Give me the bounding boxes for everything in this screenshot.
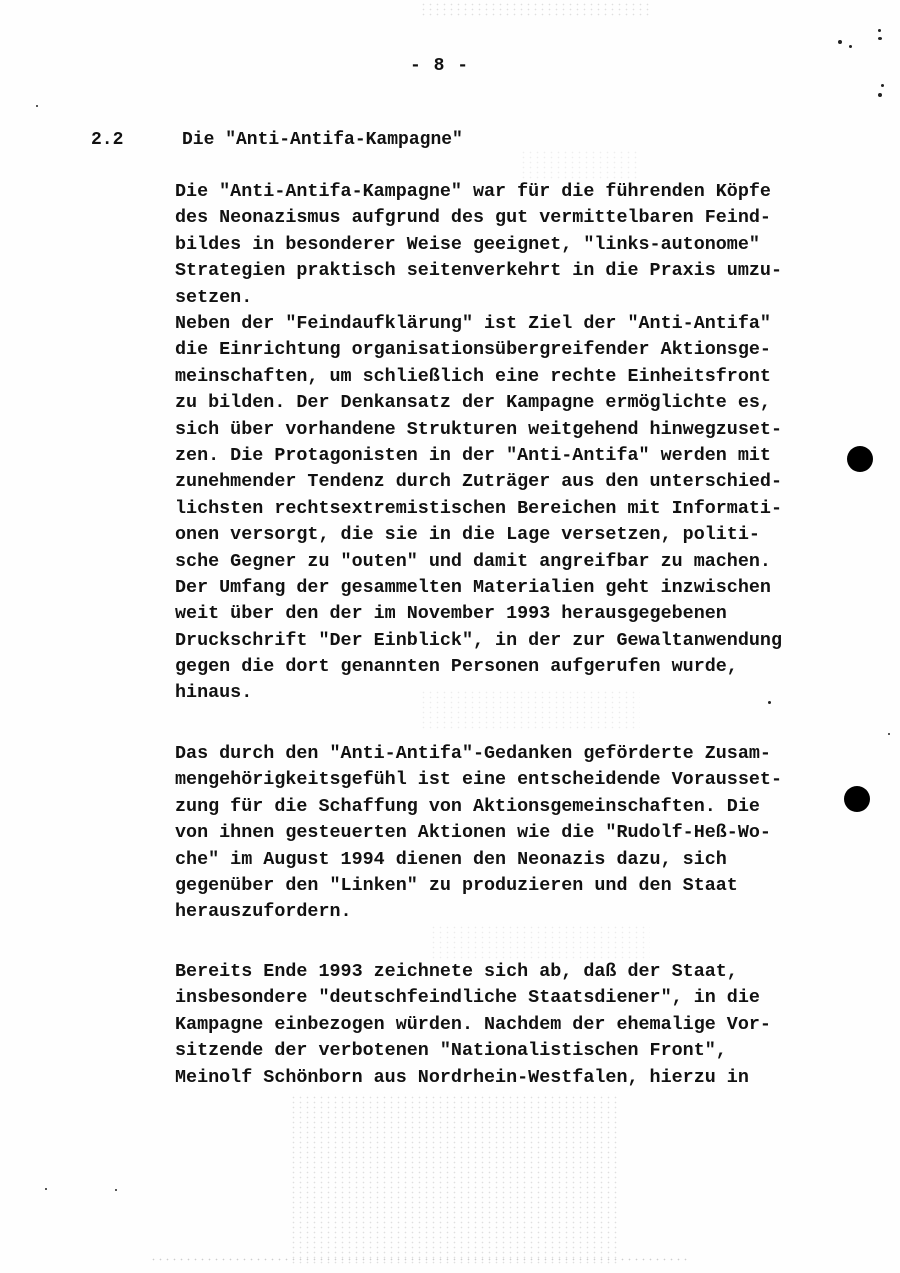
text-line: zu bilden. Der Denkansatz der Kampagne e… (175, 390, 815, 416)
text-line: Druckschrift "Der Einblick", in der zur … (175, 628, 815, 654)
text-line: hinaus. (175, 680, 815, 706)
scan-speck (36, 105, 38, 107)
scan-noise (520, 150, 640, 180)
text-line: mengehörigkeitsgefühl ist eine entscheid… (175, 767, 815, 793)
text-line: des Neonazismus aufgrund des gut vermitt… (175, 205, 815, 231)
text-line: insbesondere "deutschfeindliche Staatsdi… (175, 985, 815, 1011)
page-number: - 8 - (410, 56, 469, 76)
text-line: zung für die Schaffung von Aktionsgemein… (175, 794, 815, 820)
text-line: meinschaften, um schließlich eine rechte… (175, 364, 815, 390)
scan-speck (881, 84, 884, 87)
text-line: weit über den der im November 1993 herau… (175, 601, 815, 627)
text-line: Meinolf Schönborn aus Nordrhein-Westfale… (175, 1065, 815, 1091)
text-line: herauszufordern. (175, 899, 815, 925)
scan-noise (420, 2, 650, 18)
scan-speck (849, 45, 852, 48)
text-line: die Einrichtung organisationsübergreifen… (175, 337, 815, 363)
punch-hole-icon (844, 786, 870, 812)
scan-speck (878, 29, 881, 32)
scan-noise (290, 1095, 620, 1265)
section-number: 2.2 (91, 130, 123, 150)
section-title: Die "Anti-Antifa-Kampagne" (182, 130, 463, 150)
paragraph: Die "Anti-Antifa-Kampagne" war für die f… (175, 179, 815, 311)
scan-speck (888, 733, 890, 735)
text-line: sche Gegner zu "outen" und damit angreif… (175, 549, 815, 575)
text-line: zunehmender Tendenz durch Zuträger aus d… (175, 469, 815, 495)
scan-speck (878, 37, 882, 40)
scan-speck (45, 1188, 47, 1190)
text-line: Das durch den "Anti-Antifa"-Gedanken gef… (175, 741, 815, 767)
scan-speck (768, 701, 771, 704)
text-line: Neben der "Feindaufklärung" ist Ziel der… (175, 311, 815, 337)
text-line: setzen. (175, 285, 815, 311)
text-line: Die "Anti-Antifa-Kampagne" war für die f… (175, 179, 815, 205)
text-line: Strategien praktisch seitenverkehrt in d… (175, 258, 815, 284)
paragraph: Bereits Ende 1993 zeichnete sich ab, daß… (175, 959, 815, 1091)
scan-speck (838, 40, 842, 44)
text-line: Kampagne einbezogen würden. Nachdem der … (175, 1012, 815, 1038)
paragraph: Neben der "Feindaufklärung" ist Ziel der… (175, 311, 815, 707)
scan-speck (878, 93, 882, 97)
scan-noise (430, 925, 650, 960)
text-line: zen. Die Protagonisten in der "Anti-Anti… (175, 443, 815, 469)
scan-noise (150, 1257, 690, 1263)
text-line: Der Umfang der gesammelten Materialien g… (175, 575, 815, 601)
text-line: sich über vorhandene Strukturen weitgehe… (175, 417, 815, 443)
text-line: gegen die dort genannten Personen aufger… (175, 654, 815, 680)
text-line: onen versorgt, die sie in die Lage verse… (175, 522, 815, 548)
scanned-page: - 8 - 2.2 Die "Anti-Antifa-Kampagne" Die… (0, 0, 900, 1273)
text-line: che" im August 1994 dienen den Neonazis … (175, 847, 815, 873)
text-line: sitzende der verbotenen "Nationalistisch… (175, 1038, 815, 1064)
paragraph: Das durch den "Anti-Antifa"-Gedanken gef… (175, 741, 815, 926)
text-line: lichsten rechtsextremistischen Bereichen… (175, 496, 815, 522)
text-line: bildes in besonderer Weise geeignet, "li… (175, 232, 815, 258)
scan-speck (115, 1189, 117, 1191)
text-line: von ihnen gesteuerten Aktionen wie die "… (175, 820, 815, 846)
text-line: Bereits Ende 1993 zeichnete sich ab, daß… (175, 959, 815, 985)
punch-hole-icon (847, 446, 873, 472)
text-line: gegenüber den "Linken" zu produzieren un… (175, 873, 815, 899)
